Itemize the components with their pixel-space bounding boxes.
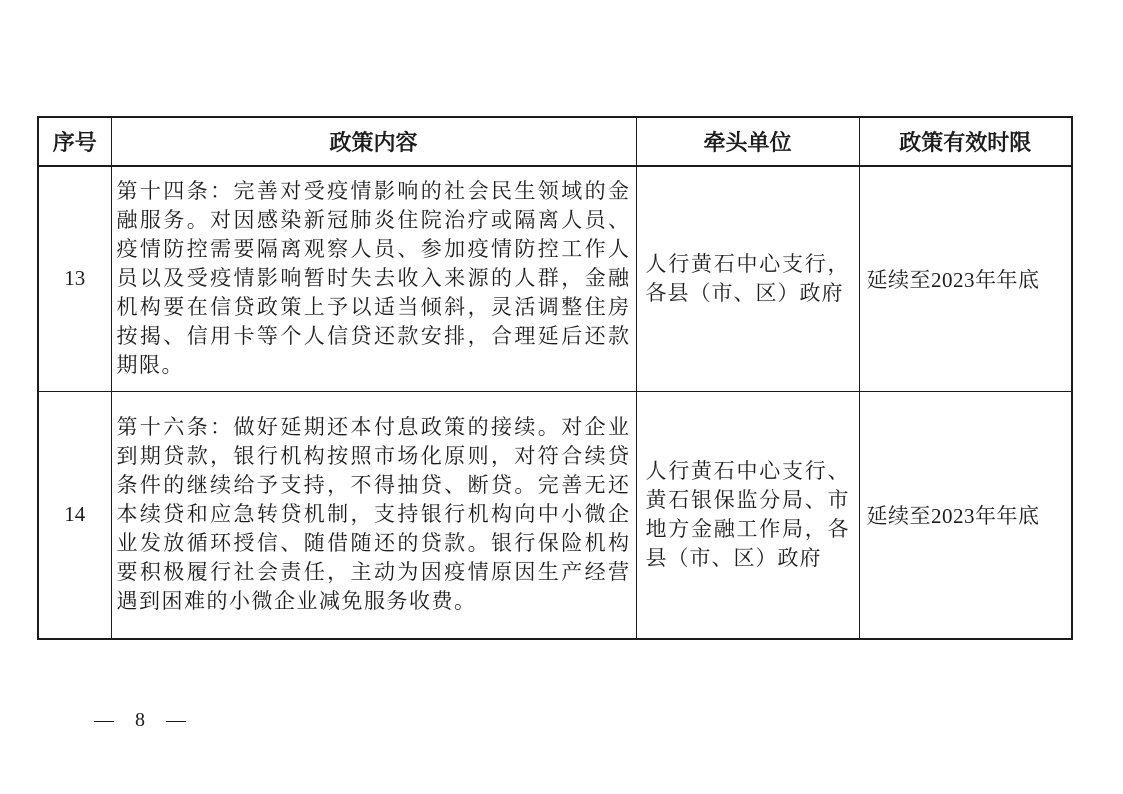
table-header-row: 序号 政策内容 牵头单位 政策有效时限 — [38, 117, 1072, 166]
page-number: — 8 — — [94, 709, 188, 732]
table-row: 13 第十四条：完善对受疫情影响的社会民生领域的金融服务。对因感染新冠肺炎住院治… — [38, 166, 1072, 391]
row-lead-unit: 人行黄石中心支行，各县（市、区）政府 — [636, 166, 859, 391]
row-lead-unit: 人行黄石中心支行、黄石银保监分局、市地方金融工作局，各县（市、区）政府 — [636, 391, 859, 639]
row-policy-content: 第十四条：完善对受疫情影响的社会民生领域的金融服务。对因感染新冠肺炎住院治疗或隔… — [111, 166, 636, 391]
row-policy-content: 第十六条：做好延期还本付息政策的接续。对企业到期贷款，银行机构按照市场化原则，对… — [111, 391, 636, 639]
table-row: 14 第十六条：做好延期还本付息政策的接续。对企业到期贷款，银行机构按照市场化原… — [38, 391, 1072, 639]
row-validity-period: 延续至2023年年底 — [859, 391, 1072, 639]
row-seq-number: 13 — [38, 166, 111, 391]
policy-table: 序号 政策内容 牵头单位 政策有效时限 13 第十四条：完善对受疫情影响的社会民… — [37, 116, 1073, 640]
row-validity-period: 延续至2023年年底 — [859, 166, 1072, 391]
header-lead-unit: 牵头单位 — [636, 117, 859, 166]
header-policy-content: 政策内容 — [111, 117, 636, 166]
header-seq: 序号 — [38, 117, 111, 166]
document-page: 序号 政策内容 牵头单位 政策有效时限 13 第十四条：完善对受疫情影响的社会民… — [0, 0, 1123, 794]
header-validity-period: 政策有效时限 — [859, 117, 1072, 166]
row-seq-number: 14 — [38, 391, 111, 639]
